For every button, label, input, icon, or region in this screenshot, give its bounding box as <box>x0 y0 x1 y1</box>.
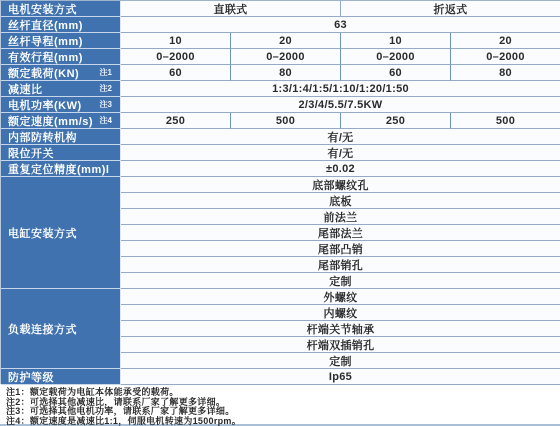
spec-value-stroke-1: 0–2000 <box>121 49 231 65</box>
spec-label-screw-lead: 丝杆导程(mm) <box>1 33 121 49</box>
spec-label-cylinder-mounting: 电缸安装方式 <box>1 177 121 289</box>
spec-value-screw-lead-1: 10 <box>121 33 231 49</box>
spec-label-reduction-ratio: 减速比 注2 <box>1 81 121 97</box>
note-ref-4: 注4 <box>100 115 112 126</box>
spec-value-rated-speed-1: 250 <box>121 113 231 129</box>
spec-value-motor-power: 2/3/4/5.5/7.5KW <box>121 97 560 113</box>
spec-value-protection: Ip65 <box>121 369 560 385</box>
spec-label-text: 额定载荷(KN) <box>8 65 79 81</box>
spec-value-motor-mount-direct: 直联式 <box>121 1 341 17</box>
spec-value-anti-rotation: 有/无 <box>121 129 560 145</box>
spec-label-rated-speed: 额定速度(mm/s) 注4 <box>1 113 121 129</box>
spec-option-conn-external-thread: 外螺纹 <box>121 289 560 305</box>
note-ref-1: 注1 <box>100 67 112 78</box>
spec-label-motor-mount: 电机安装方式 <box>1 1 121 17</box>
spec-value-screw-lead-4: 20 <box>451 33 560 49</box>
spec-value-motor-mount-foldback: 折返式 <box>341 1 560 17</box>
spec-label-motor-power: 电机功率(KW) 注3 <box>1 97 121 113</box>
spec-value-limit-switch: 有/无 <box>121 145 560 161</box>
spec-label-screw-diameter: 丝杆直径(mm) <box>1 17 121 33</box>
spec-value-rated-load-4: 80 <box>451 65 560 81</box>
spec-option-mount-rear-pin: 尾部凸销 <box>121 241 560 257</box>
spec-value-screw-diameter: 63 <box>121 17 560 33</box>
spec-value-rated-load-3: 60 <box>341 65 451 81</box>
spec-value-rated-load-2: 80 <box>231 65 341 81</box>
spec-option-mount-rear-pin-hole: 尾部销孔 <box>121 257 560 273</box>
spec-label-stroke: 有效行程(mm) <box>1 49 121 65</box>
note-ref-3: 注3 <box>100 99 112 110</box>
spec-value-stroke-3: 0–2000 <box>341 49 451 65</box>
spec-table: 电机安装方式 直联式 折返式 丝杆直径(mm) 63 丝杆导程(mm) 10 2… <box>0 0 560 384</box>
spec-value-rated-speed-2: 500 <box>231 113 341 129</box>
spec-label-rated-load: 额定载荷(KN) 注1 <box>1 65 121 81</box>
spec-option-conn-custom: 定制 <box>121 353 560 369</box>
spec-option-conn-double-pin-hole: 杆端双插销孔 <box>121 337 560 353</box>
spec-option-conn-rod-end-bearing: 杆端关节轴承 <box>121 321 560 337</box>
spec-label-load-connection: 负载连接方式 <box>1 289 121 369</box>
spec-label-text: 减速比 <box>8 81 43 97</box>
spec-label-text: 电机功率(KW) <box>8 97 82 113</box>
spec-value-rated-load-1: 60 <box>121 65 231 81</box>
footnotes: 注1：额定载荷为电缸本体能承受的载荷。 注2：可选择其他减速比，请联系厂家了解更… <box>0 384 560 426</box>
spec-option-mount-bottom-thread: 底部螺纹孔 <box>121 177 560 193</box>
spec-label-repeatability: 重复定位精度(mm)l <box>1 161 121 177</box>
spec-value-repeatability: ±0.02 <box>121 161 560 177</box>
spec-value-reduction-ratio: 1:3/1:4/1:5/1:10/1:20/1:50 <box>121 81 560 97</box>
spec-value-stroke-2: 0–2000 <box>231 49 341 65</box>
spec-value-screw-lead-2: 20 <box>231 33 341 49</box>
spec-label-text: 额定速度(mm/s) <box>8 113 93 129</box>
spec-label-anti-rotation: 内部防转机构 <box>1 129 121 145</box>
spec-option-mount-custom: 定制 <box>121 273 560 289</box>
spec-label-protection: 防护等级 <box>1 369 121 385</box>
spec-value-rated-speed-4: 500 <box>451 113 560 129</box>
spec-value-stroke-4: 0–2000 <box>451 49 560 65</box>
spec-value-screw-lead-3: 10 <box>341 33 451 49</box>
spec-label-limit-switch: 限位开关 <box>1 145 121 161</box>
spec-option-mount-base-plate: 底板 <box>121 193 560 209</box>
footnote-4: 注4：额定速度是减速比1:1，伺服电机转速为1500rpm。 <box>6 417 560 426</box>
note-ref-2: 注2 <box>100 83 112 94</box>
spec-value-rated-speed-3: 250 <box>341 113 451 129</box>
spec-option-mount-rear-flange: 尾部法兰 <box>121 225 560 241</box>
spec-option-mount-front-flange: 前法兰 <box>121 209 560 225</box>
spec-option-conn-internal-thread: 内螺纹 <box>121 305 560 321</box>
spec-sheet: 电机安装方式 直联式 折返式 丝杆直径(mm) 63 丝杆导程(mm) 10 2… <box>0 0 560 426</box>
